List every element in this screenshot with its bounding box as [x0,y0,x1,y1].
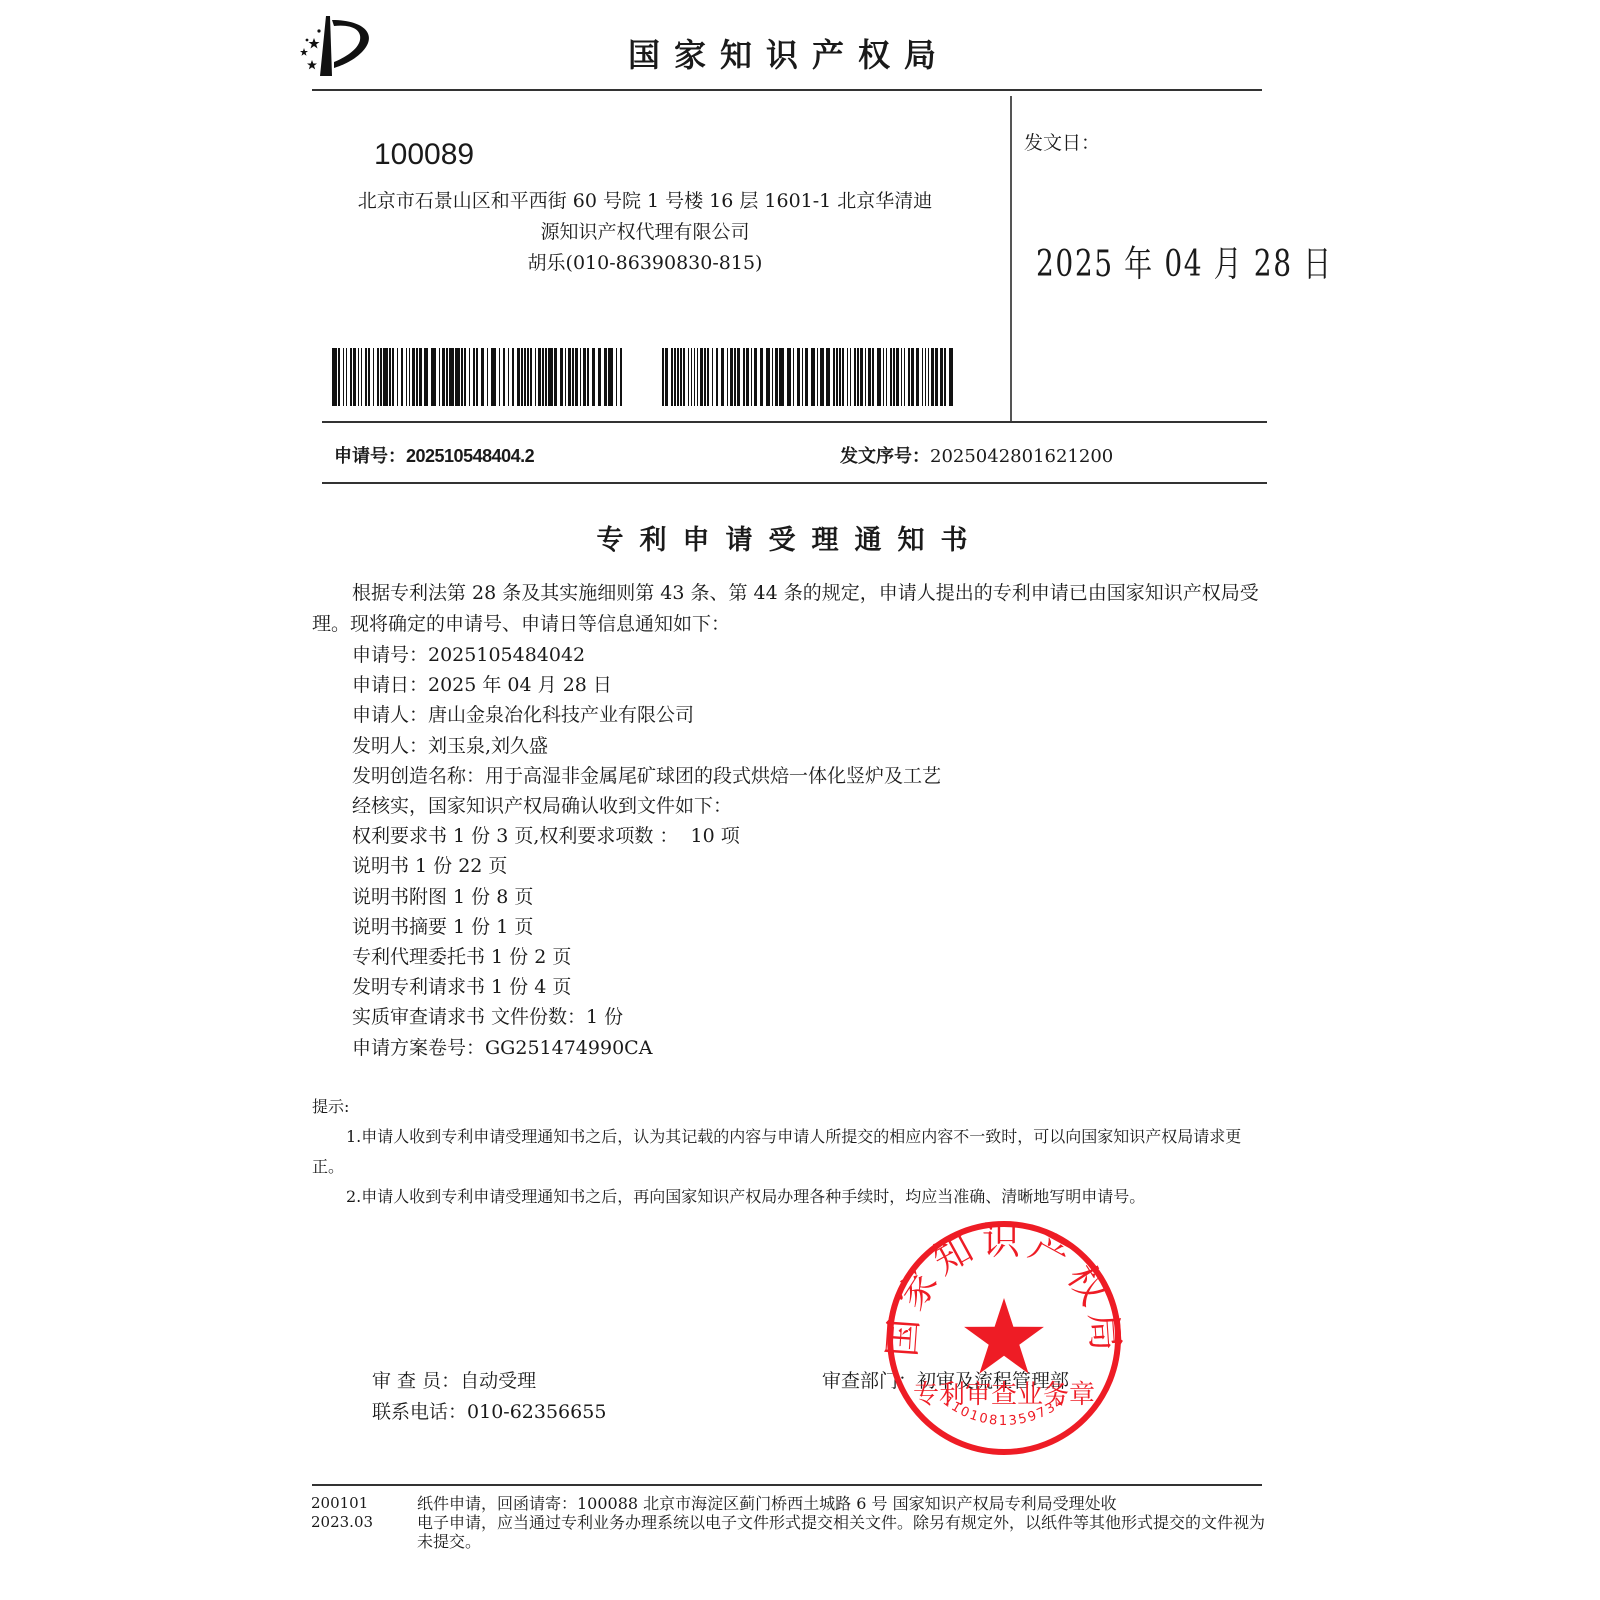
address-line: 源知识产权代理有限公司 [340,217,950,248]
info-line: 申请日：2025 年 04 月 28 日 [352,670,941,700]
info-line: 专利代理委托书 1 份 2 页 [352,942,941,972]
recipient-postcode: 100089 [374,138,474,172]
info-line: 说明书摘要 1 份 1 页 [352,912,941,942]
cnipa-logo-icon [296,14,380,78]
serial-number-label: 发文序号： [840,446,930,467]
info-line: 发明专利请求书 1 份 4 页 [352,972,941,1002]
examiner-block: 审 查 员：自动受理 联系电话：010-62356655 [372,1366,606,1428]
info-line: 申请方案卷号：GG251474990CA [352,1033,941,1063]
phone-label: 联系电话： [372,1401,467,1423]
vertical-divider [1010,96,1012,422]
ids-bottom-rule [322,482,1267,484]
serial-number: 2025042801621200 [930,446,1113,467]
intro-paragraph: 根据专利法第 28 条及其实施细则第 43 条、第 44 条的规定，申请人提出的… [312,578,1270,640]
phone-number: 010-62356655 [467,1401,606,1423]
recipient-address: 北京市石景山区和平西街 60 号院 1 号楼 16 层 1601-1 北京华清迪… [340,186,950,279]
address-line: 胡乐(010-86390830-815) [340,248,950,279]
footer-line: 纸件申请，回函请寄：100088 北京市海淀区蓟门桥西土城路 6 号 国家知识产… [417,1494,1277,1513]
tips-title: 提示: [312,1094,349,1117]
examiner-label: 审 查 员： [372,1370,460,1392]
footer-rule [312,1484,1262,1486]
info-line: 申请人：唐山金泉冶化科技产业有限公司 [352,700,941,730]
tip-item: 2.申请人收到专利申请受理通知书之后，再向国家知识产权局办理各种手续时，均应当准… [312,1182,1272,1212]
info-line: 经核实，国家知识产权局确认收到文件如下： [352,791,941,821]
info-line: 说明书 1 份 22 页 [352,851,941,881]
issue-date-label: 发文日： [1024,128,1100,155]
info-line: 发明人：刘玉泉,刘久盛 [352,731,941,761]
barcode [332,348,624,406]
footer-line: 电子申请，应当通过专利业务办理系统以电子文件形式提交相关文件。除另有规定外，以纸… [417,1513,1277,1551]
document-title: 专利申请受理通知书 [0,518,1580,557]
form-number: 200101 [311,1494,373,1513]
application-number-line: 申请号：202510548404.2 [334,442,534,468]
examiner-name: 自动受理 [460,1370,536,1392]
info-line: 申请号：2025105484042 [352,640,941,670]
tip-item: 1.申请人收到专利申请受理通知书之后，认为其记载的内容与申请人所提交的相应内容不… [312,1122,1272,1182]
office-name: 国家知识产权局 [628,30,950,76]
address-line: 北京市石景山区和平西街 60 号院 1 号楼 16 层 1601-1 北京华清迪 [340,186,950,217]
info-list: 申请号：2025105484042申请日：2025 年 04 月 28 日申请人… [352,640,941,1063]
info-line: 实质审查请求书 文件份数：1 份 [352,1002,941,1032]
info-line: 权利要求书 1 份 3 页,权利要求项数 ： 10 项 [352,821,941,851]
official-seal-icon: 国家知识产权局 专利审查业务章 1101081359734 [884,1218,1124,1458]
info-line: 发明创造名称：用于高湿非金属尾矿球团的段式烘焙一体化竖炉及工艺 [352,761,941,791]
header-rule [312,89,1262,91]
form-version: 2023.03 [311,1513,373,1532]
application-number: 202510548404.2 [406,446,534,466]
tips: 1.申请人收到专利申请受理通知书之后，认为其记载的内容与申请人所提交的相应内容不… [312,1122,1272,1212]
application-number-label: 申请号： [334,446,406,467]
barcode [662,348,954,406]
info-line: 说明书附图 1 份 8 页 [352,882,941,912]
ids-top-rule [322,421,1267,423]
footer-notes: 纸件申请，回函请寄：100088 北京市海淀区蓟门桥西土城路 6 号 国家知识产… [417,1494,1277,1551]
issue-date: 2025 年 04 月 28 日 [1036,236,1333,287]
form-code: 200101 2023.03 [311,1494,373,1532]
serial-number-line: 发文序号：2025042801621200 [840,442,1113,468]
